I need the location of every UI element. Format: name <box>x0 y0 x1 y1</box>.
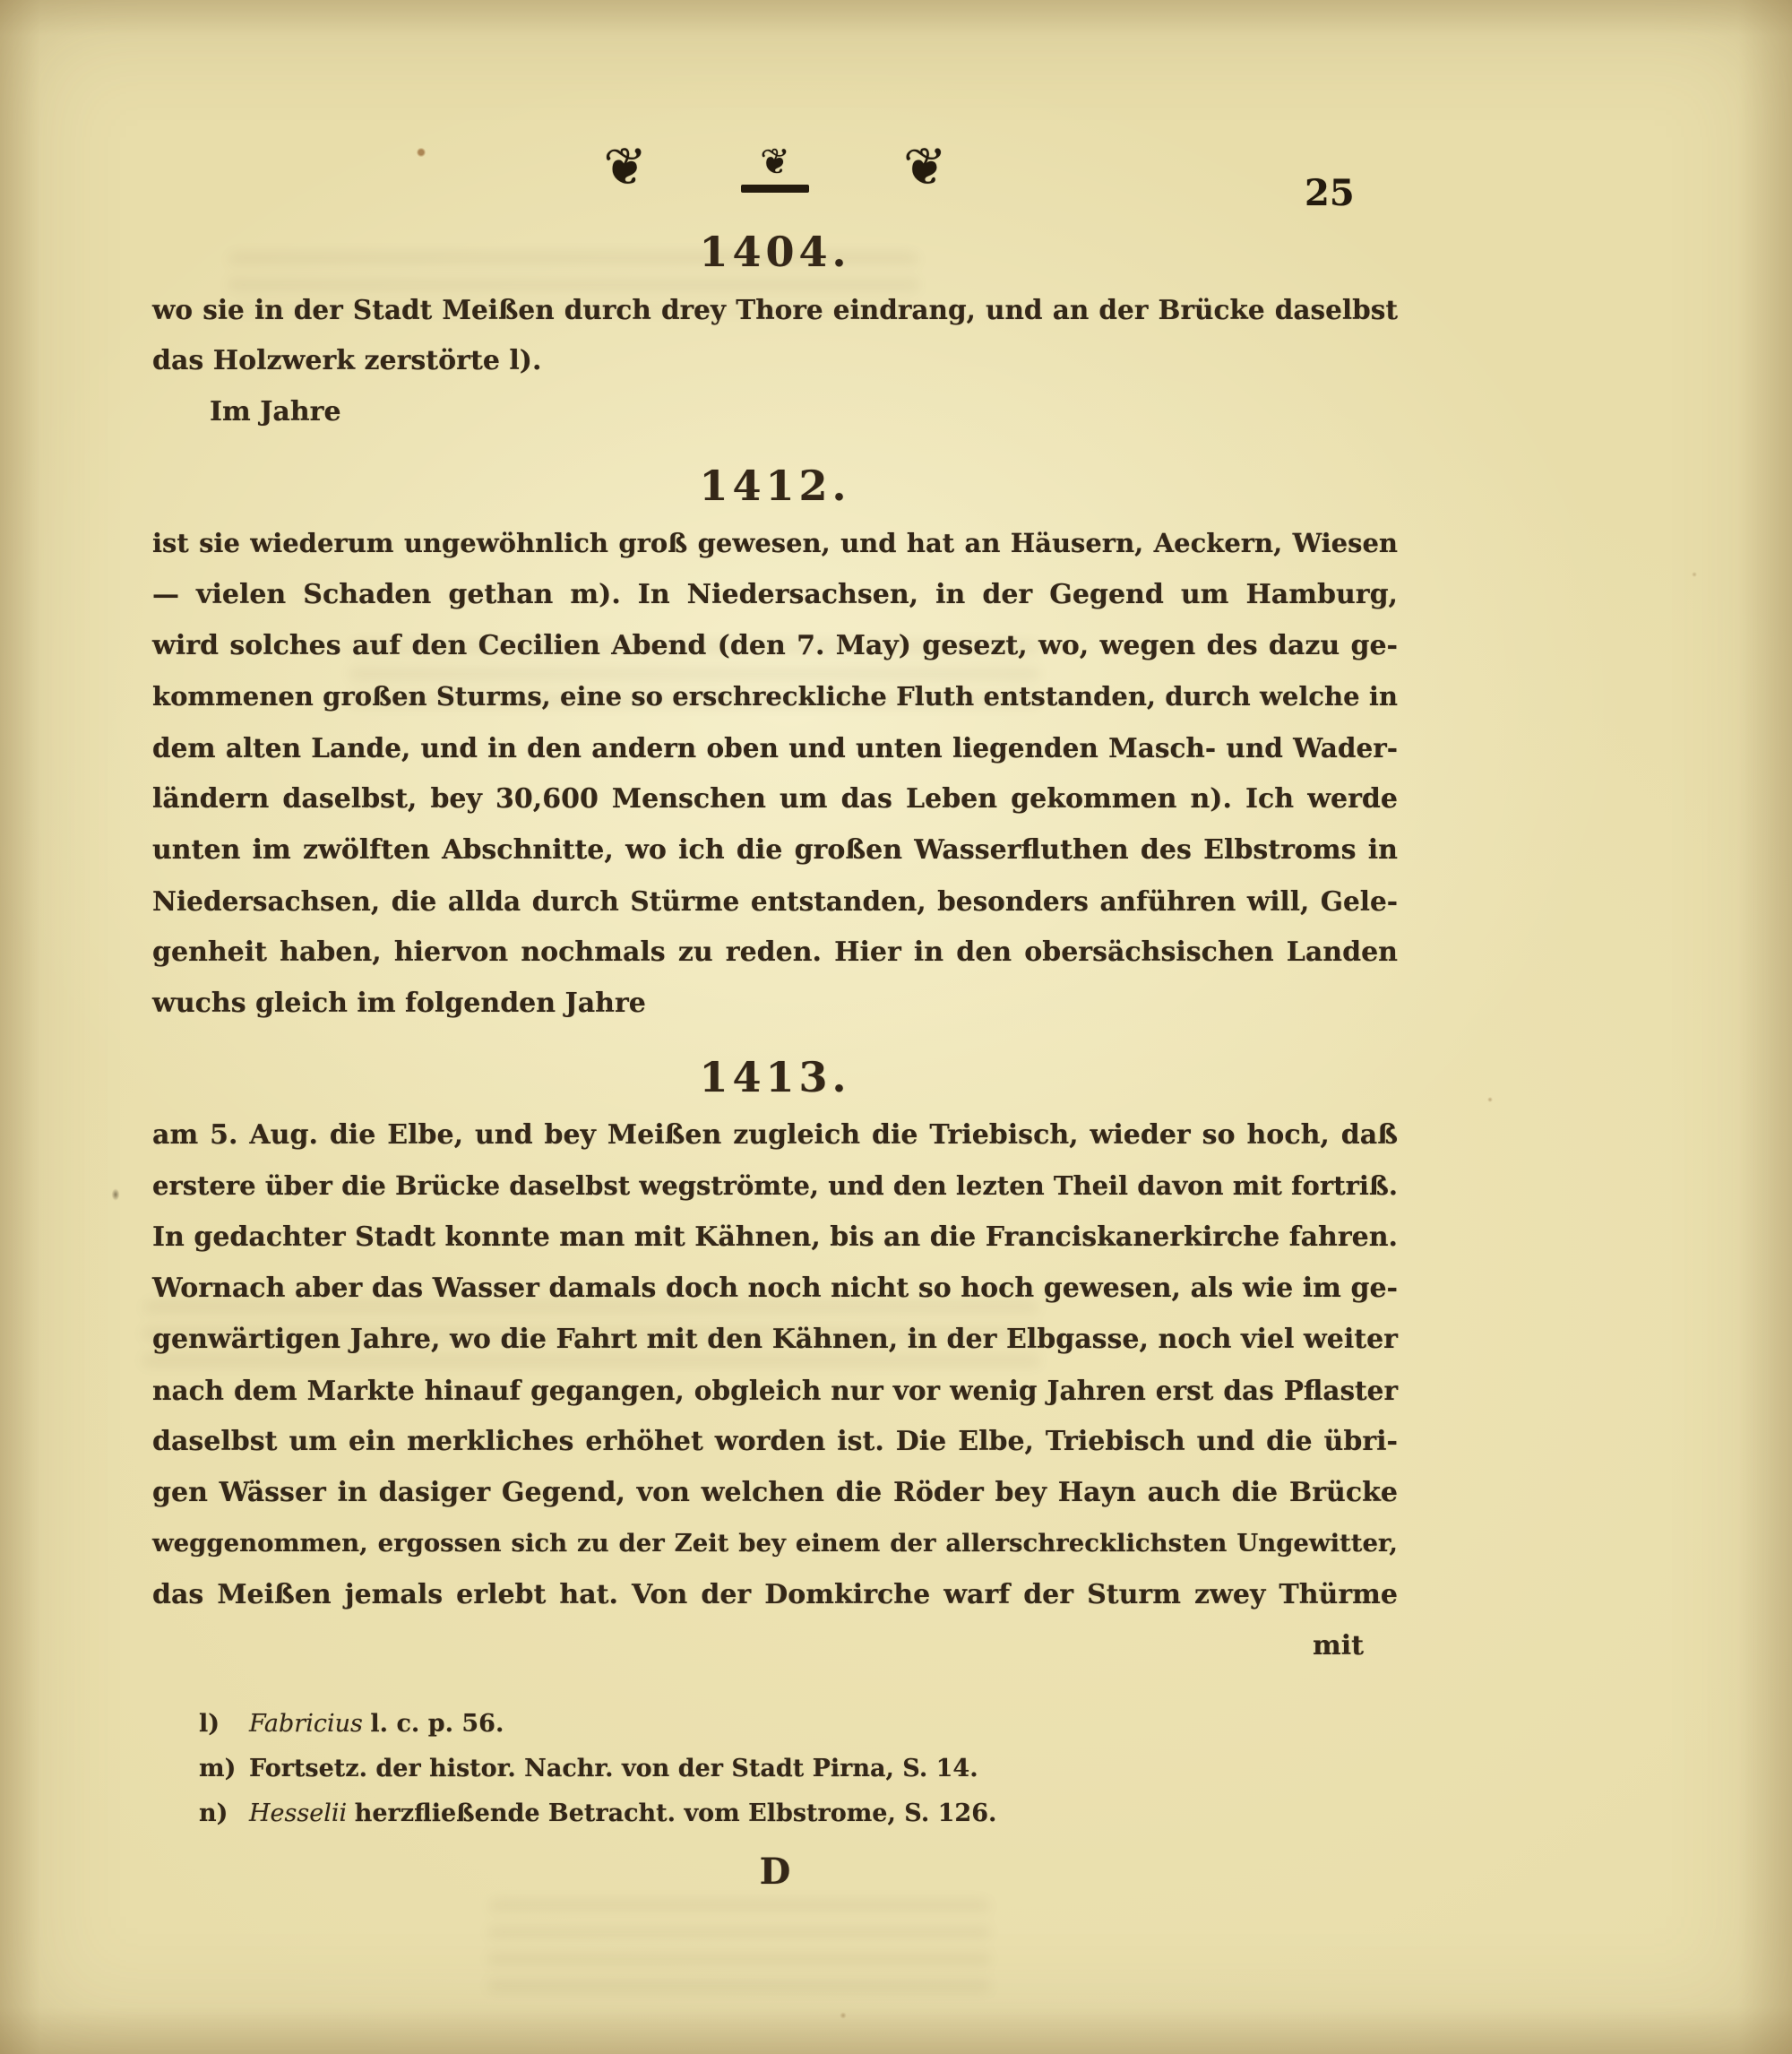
text-line: genheit haben, hiervon nochmals zu reden… <box>152 927 1398 978</box>
ornament-bar <box>741 185 809 193</box>
fleuron-center-glyph: ❦ <box>760 144 790 180</box>
fleuron-center-icon: ❦ <box>741 144 809 193</box>
text-line: am 5. Aug. die Elbe, und bey Meißen zugl… <box>152 1109 1398 1161</box>
book-page: 25 ❦ ❦ ❦ 1404.wo sie in der Stadt Meißen… <box>0 0 1792 2054</box>
year-heading: 1412. <box>152 461 1398 511</box>
footnote-text: herzfließende Betracht. vom Elbstrome, S… <box>355 1799 997 1827</box>
text-line: genwärtigen Jahre, wo die Fahrt mit den … <box>152 1314 1398 1365</box>
text-line: daselbst um ein merkliches erhöhet worde… <box>152 1416 1398 1467</box>
footnote-marker: l) <box>199 1702 249 1747</box>
footnote-marker: m) <box>199 1747 249 1791</box>
year-heading: 1404. <box>152 227 1398 277</box>
footnote-text: l. c. p. 56. <box>370 1710 504 1738</box>
verso-showthrough <box>488 1900 990 2003</box>
signature-mark: D <box>152 1851 1398 1893</box>
text-line: erstere über die Brücke daselbst wegströ… <box>152 1161 1398 1212</box>
text-line: wo sie in der Stadt Meißen durch drey Th… <box>152 284 1398 335</box>
text-line: weggenommen, ergossen sich zu der Zeit b… <box>152 1518 1398 1569</box>
footnote-marker: n) <box>199 1791 249 1836</box>
footnote: m)Fortsetz. der histor. Nachr. von der S… <box>199 1747 1398 1791</box>
text-line: kommenen großen Sturms, eine so erschrec… <box>152 671 1398 722</box>
text-line: Im Jahre <box>152 386 1398 437</box>
fleuron-right-icon: ❦ <box>903 141 947 193</box>
footnote: l)Fabricius l. c. p. 56. <box>199 1702 1398 1747</box>
text-line: das Meißen jemals erlebt hat. Von der Do… <box>152 1569 1398 1620</box>
fleuron-left-icon: ❦ <box>603 141 647 193</box>
footnote-author: Hesselii <box>249 1799 355 1827</box>
text-line: Wornach aber das Wasser damals doch noch… <box>152 1263 1398 1314</box>
text-line: unten im zwölften Abschnitte, wo ich die… <box>152 824 1398 876</box>
text-line: — vielen Schaden gethan m). In Niedersac… <box>152 569 1398 620</box>
footnote-text: Fortsetz. der histor. Nachr. von der Sta… <box>249 1755 978 1782</box>
text-blocks: 1404.wo sie in der Stadt Meißen durch dr… <box>152 227 1398 1671</box>
footnote-author: Fabricius <box>249 1710 370 1738</box>
footnote: n)Hesselii herzfließende Betracht. vom E… <box>199 1791 1398 1836</box>
footnotes: l)Fabricius l. c. p. 56.m)Fortsetz. der … <box>152 1702 1398 1836</box>
text-line: wuchs gleich im folgenden Jahre <box>152 978 1398 1029</box>
text-line: nach dem Markte hinauf gegangen, obgleic… <box>152 1365 1398 1416</box>
text-line: das Holzwerk zerstörte l). <box>152 335 1398 386</box>
text-line: wird solches auf den Cecilien Abend (den… <box>152 620 1398 671</box>
text-line: Niedersachsen, die allda durch Stürme en… <box>152 876 1398 927</box>
text-line: dem alten Lande, und in den andern oben … <box>152 722 1398 773</box>
text-line: ländern daselbst, bey 30,600 Menschen um… <box>152 773 1398 824</box>
text-line: In gedachter Stadt konnte man mit Kähnen… <box>152 1212 1398 1263</box>
text-line: gen Wässer in dasiger Gegend, von welche… <box>152 1467 1398 1518</box>
page-content: ❦ ❦ ❦ 1404.wo sie in der Stadt Meißen du… <box>0 0 1398 1893</box>
year-heading: 1413. <box>152 1052 1398 1102</box>
header-ornament-row: ❦ ❦ ❦ <box>152 128 1398 193</box>
text-line: ist sie wiederum ungewöhnlich groß gewes… <box>152 518 1398 569</box>
catchword: mit <box>152 1620 1398 1671</box>
